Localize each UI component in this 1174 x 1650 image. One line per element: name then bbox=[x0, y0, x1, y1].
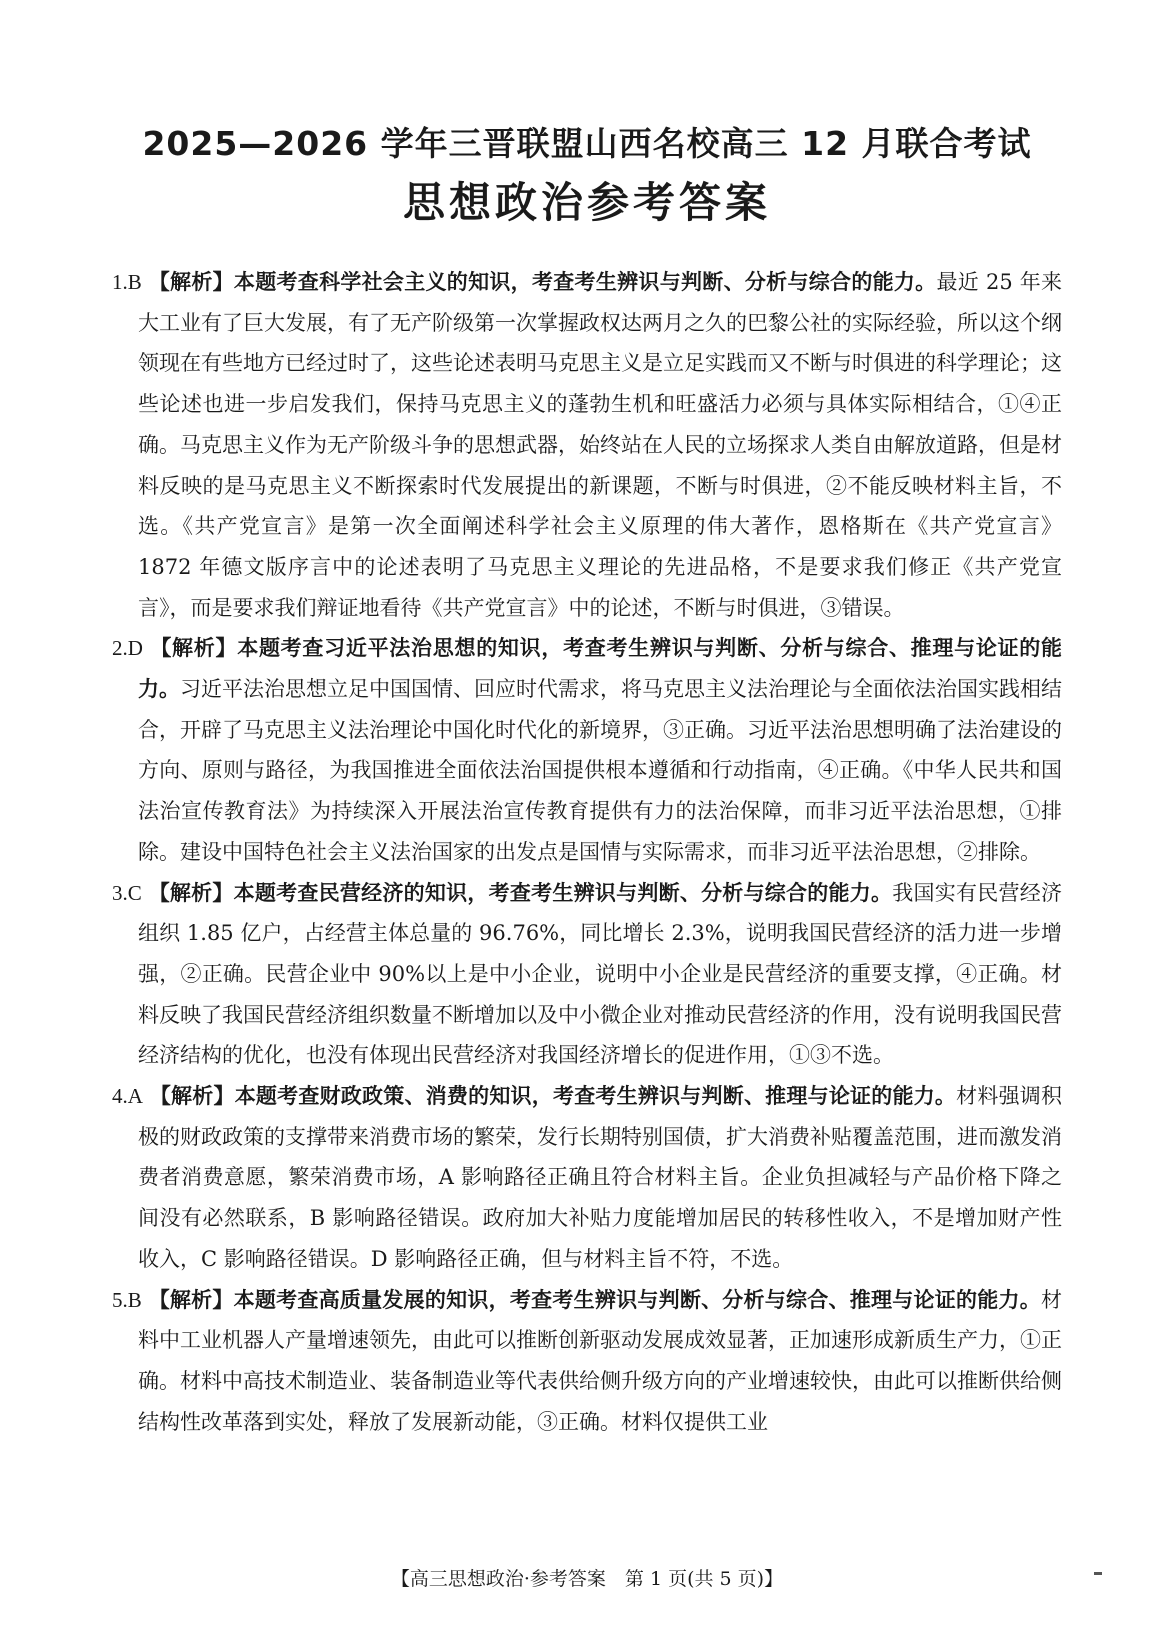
question-number: 3. bbox=[112, 881, 128, 905]
question-number: 4. bbox=[112, 1084, 128, 1108]
analysis-body: 材料强调积极的财政政策的支撑带来消费市场的繁荣，发行长期特别国债，扩大消费补贴覆… bbox=[138, 1084, 1062, 1271]
analysis-tag: 【解析】 bbox=[150, 636, 237, 660]
subject-title: 思想政治参考答案 bbox=[0, 178, 1174, 228]
analysis-tag: 【解析】 bbox=[149, 881, 234, 905]
answer-list: 1.B 【解析】本题考查科学社会主义的知识，考查考生辨识与判断、分析与综合的能力… bbox=[112, 262, 1062, 1442]
answer-choice: B bbox=[128, 270, 142, 294]
analysis-body: 最近 25 年来大工业有了巨大发展，有了无产阶级第一次掌握政权达两月之久的巴黎公… bbox=[138, 270, 1062, 620]
analysis-body: 我国实有民营经济组织 1.85 亿户，占经营主体总量的 96.76%，同比增长 … bbox=[138, 881, 1062, 1068]
analysis-tag: 【解析】 bbox=[149, 270, 234, 294]
analysis-lead: 本题考查财政政策、消费的知识，考查考生辨识与判断、推理与论证的能力。 bbox=[235, 1084, 956, 1108]
answer-choice: B bbox=[128, 1288, 142, 1312]
answer-item-4: 4.A 【解析】本题考查财政政策、消费的知识，考查考生辨识与判断、推理与论证的能… bbox=[112, 1076, 1062, 1280]
answer-item-3: 3.C 【解析】本题考查民营经济的知识，考查考生辨识与判断、分析与综合的能力。我… bbox=[112, 873, 1062, 1077]
question-number: 2. bbox=[112, 636, 128, 660]
answer-item-2: 2.D 【解析】本题考查习近平法治思想的知识，考查考生辨识与判断、分析与综合、推… bbox=[112, 628, 1062, 872]
question-number: 5. bbox=[112, 1288, 128, 1312]
answer-item-1: 1.B 【解析】本题考查科学社会主义的知识，考查考生辨识与判断、分析与综合的能力… bbox=[112, 262, 1062, 628]
analysis-lead: 本题考查高质量发展的知识，考查考生辨识与判断、分析与综合、推理与论证的能力。 bbox=[234, 1288, 1041, 1312]
answer-choice: A bbox=[128, 1084, 143, 1108]
analysis-lead: 本题考查科学社会主义的知识，考查考生辨识与判断、分析与综合的能力。 bbox=[234, 270, 937, 294]
analysis-body: 习近平法治思想立足中国国情、回应时代需求，将马克思主义法治理论与全面依法治国实践… bbox=[138, 677, 1062, 864]
answer-choice: D bbox=[128, 636, 143, 660]
exam-title: 2025—2026 学年三晋联盟山西名校高三 12 月联合考试 bbox=[0, 124, 1174, 164]
analysis-tag: 【解析】 bbox=[150, 1084, 235, 1108]
analysis-lead: 本题考查民营经济的知识，考查考生辨识与判断、分析与综合的能力。 bbox=[234, 881, 893, 905]
answer-item-5: 5.B 【解析】本题考查高质量发展的知识，考查考生辨识与判断、分析与综合、推理与… bbox=[112, 1280, 1062, 1443]
scan-mark bbox=[1094, 1572, 1102, 1575]
question-number: 1. bbox=[112, 270, 128, 294]
analysis-tag: 【解析】 bbox=[149, 1288, 234, 1312]
page-footer: 【高三思想政治·参考答案 第 1 页(共 5 页)】 bbox=[0, 1566, 1174, 1592]
answer-choice: C bbox=[128, 881, 142, 905]
